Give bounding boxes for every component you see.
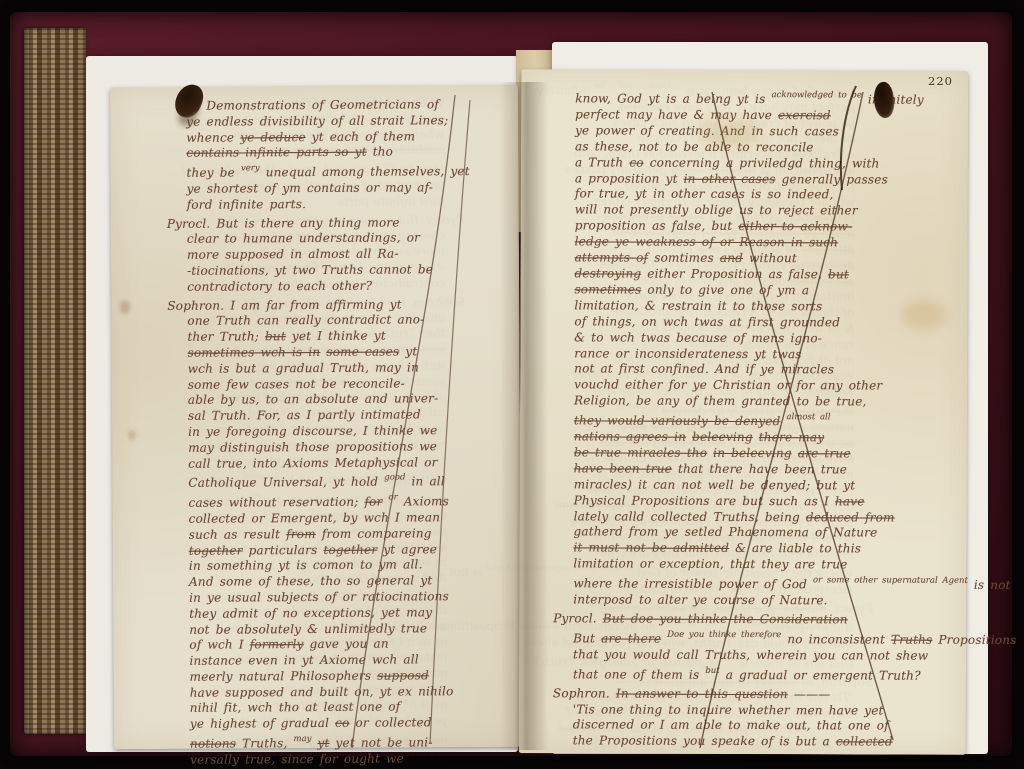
manuscript-line: miracles) it can not well be denyed; but…: [554, 477, 958, 494]
handwritten-text: vouchd either for ye Christian or for an…: [574, 378, 882, 393]
handwritten-text: clear to humane understandings, or: [187, 231, 420, 246]
manuscript-line: a Truth co concerning a priviledgd thing…: [555, 155, 959, 172]
handwritten-text: a gradual or emergent Truth?: [720, 668, 921, 683]
struck-text: have been true: [574, 461, 672, 475]
handwritten-text: generally passes: [776, 172, 888, 186]
handwritten-text: ye power of creating. And in such cases: [575, 123, 839, 138]
manuscript-line: Sophron. In answer to this question ———: [553, 686, 957, 703]
handwritten-text: from compareing: [316, 526, 432, 541]
handwritten-text: discerned or I am able to make out, that…: [573, 718, 889, 733]
handwritten-text: ye highest of gradual: [190, 716, 335, 731]
struck-text: deduced from: [806, 510, 895, 524]
struck-text: beleeving: [692, 430, 753, 444]
handwritten-text: able by us, to an absolute and univer-: [188, 392, 439, 408]
struck-text: some cases: [326, 344, 399, 358]
handwritten-text: interposd to alter ye course of Nature.: [573, 592, 827, 607]
inserted-text: or: [388, 493, 397, 503]
handwritten-text: where the irresistible power of God: [573, 577, 813, 592]
handwritten-text: rance or inconsiderateness yt twas: [574, 346, 802, 361]
manuscript-line: know, God yt is a being yt is acknowledg…: [555, 87, 959, 108]
handwritten-text: in something yt is comon to ym all.: [189, 558, 423, 573]
manuscript-line: Catholique Universal, yt hold good in al…: [168, 470, 508, 492]
manuscript-line: proposition as false, but either to ackn…: [555, 219, 959, 236]
handwritten-text: a proposition yt: [575, 171, 684, 185]
handwritten-text: not at first confined. And if ye miracle…: [574, 362, 834, 377]
manuscript-page-left: ye Demonstrations of Geometricians ofye …: [110, 85, 522, 749]
struck-text: in beleeving: [713, 446, 792, 460]
struck-text: it must not be admitted: [573, 541, 729, 556]
handwritten-text: Pyrocl.: [553, 611, 603, 625]
struck-text: But doe you thinke the Consideration: [603, 611, 848, 626]
struck-text: ledge ye weakness of or Reason in such: [575, 235, 839, 250]
handwritten-text: only to give one of ym a: [641, 282, 809, 297]
handwritten-text: Sophron. I am far from affirming yt: [167, 297, 402, 312]
inserted-text: but: [705, 666, 719, 676]
handwritten-text: yet I thinke yt: [286, 329, 386, 344]
manuscript-line: vouchd either for ye Christian or for an…: [554, 378, 958, 395]
handwritten-text: Truths,: [236, 736, 294, 750]
manuscript-line: attempts of somtimes and without: [555, 250, 959, 267]
handwritten-text: ye shortest of ym contains or may af-: [187, 180, 434, 196]
handwritten-text: whence: [186, 130, 240, 144]
manuscript-line: discerned or I am able to make out, that…: [553, 718, 957, 735]
page-edges-stack: [24, 28, 86, 734]
handwritten-text: [311, 736, 317, 750]
manuscript-page-right: know, God yt is a being yt is acknowledg…: [519, 69, 969, 755]
struck-text: exercisd: [778, 108, 831, 122]
manuscript-line: 'Tis one thing to inquire whether men ha…: [553, 702, 957, 719]
struck-text: destroying: [575, 266, 642, 280]
handwritten-text: yet not be uni-: [329, 735, 432, 750]
struck-text: are true: [798, 446, 851, 460]
handwritten-text: for true, yt in other cases is so indeed…: [575, 187, 834, 202]
handwritten-text: gatherd from ye setled Phaenomena of Nat…: [574, 525, 878, 540]
manuscript-line: they would variously be denyed almost al…: [554, 409, 958, 430]
handwritten-text: gave you an: [304, 637, 389, 652]
manuscript-line: Religion, be any of them granted to be t…: [554, 393, 958, 410]
handwritten-text: limitation, & restrain it to those sorts: [574, 298, 822, 313]
manuscript-line: for true, yt in other cases is so indeed…: [555, 187, 959, 204]
handwritten-text: cases without reservation;: [188, 495, 364, 510]
struck-text: attempts of: [575, 250, 649, 264]
handwritten-text: have supposed and built on, yt ex nihilo: [190, 684, 454, 700]
struck-text: in other cases: [684, 171, 776, 185]
handwritten-text: yt: [399, 344, 417, 358]
struck-text: and: [720, 251, 743, 265]
handwritten-text: & to wch twas because of mens igno-: [574, 330, 822, 345]
struck-text: for: [364, 495, 382, 509]
handwritten-text: But: [573, 631, 601, 645]
handwritten-text: Religion, be any of them granted to be t…: [574, 394, 867, 409]
manuscript-line: have been true that there have been true: [554, 461, 958, 478]
handwritten-text: not be absolutely & unlimitedly true: [189, 621, 427, 636]
handwritten-text: that you would call Truths, wherein you …: [573, 647, 928, 662]
handwritten-text: in all: [405, 475, 445, 489]
struck-text: from: [286, 527, 316, 541]
manuscript-line: cases without reservation; for or Axioms: [168, 490, 508, 512]
manuscript-line: versally true, since for ought we: [170, 751, 510, 769]
handwritten-text: miracles) it can not well be denyed; but…: [574, 477, 856, 492]
struck-text: notions: [190, 737, 236, 751]
handwritten-text: some few cases not be reconcile-: [188, 376, 405, 391]
handwritten-text: perfect may have & may have: [575, 107, 778, 122]
inserted-text: Doe you thinke therefore: [667, 630, 781, 640]
handwritten-text: ———: [788, 687, 831, 701]
struck-text: they would variously be denyed: [574, 413, 781, 428]
manuscript-line: perfect may have & may have exercisd: [555, 107, 959, 124]
struck-text: Truths: [891, 632, 932, 646]
handwritten-text: the Propositions you speake of is but a: [573, 734, 836, 749]
handwritten-text: one Truth can really contradict ano-: [187, 313, 424, 328]
handwritten-text: that one of them is: [573, 667, 705, 682]
manuscript-line: sometimes only to give one of ym a: [554, 282, 958, 299]
handwritten-text: ye Demonstrations of Geometricians of: [186, 97, 439, 113]
handwritten-text: that there have been true: [672, 462, 847, 477]
handwritten-text: -tiocinations, yt two Truths cannot be: [187, 262, 433, 278]
handwritten-text: will not presently oblige us to reject e…: [575, 203, 858, 218]
handwritten-text: call true, into Axioms Metaphysical or: [188, 455, 437, 471]
manuscript-line: will not presently oblige us to reject e…: [555, 203, 959, 220]
manuscript-line: as these, not to be able to reconcile: [555, 139, 959, 156]
struck-text: contains infinite parts so yt: [186, 145, 366, 160]
handwritten-text: Axioms: [398, 494, 449, 508]
handwritten-text: limitation or exception, that they are t…: [573, 557, 847, 572]
handwritten-text: somtimes: [648, 251, 720, 265]
handwritten-text: or collected: [349, 716, 431, 731]
struck-text: co: [629, 155, 643, 169]
handwritten-text: such as result: [189, 527, 287, 542]
handwritten-text: ford infinite parts.: [187, 197, 307, 212]
handwritten-text: nihil fit, wch tho at least one of: [190, 700, 401, 715]
manuscript-line: Physical Propositions are but such as I …: [554, 493, 958, 510]
handwritten-text: of things, on wch twas at first grounded: [574, 314, 840, 329]
right-page-text: know, God yt is a being yt is acknowledg…: [553, 87, 960, 751]
handwritten-text: Sophron.: [553, 686, 616, 700]
handwritten-text: in ye foregoing discourse, I thinke we: [188, 423, 437, 439]
struck-text: ye deduce: [240, 130, 306, 144]
manuscript-line: that one of them is but a gradual or eme…: [553, 663, 957, 684]
handwritten-text: [320, 345, 326, 359]
handwritten-text: Pyrocl. But is there any thing more: [167, 215, 400, 230]
handwritten-text: as these, not to be able to reconcile: [575, 139, 814, 154]
struck-text: but: [265, 329, 286, 343]
struck-text: yt: [317, 736, 329, 750]
handwritten-text: meerly natural Philosophers: [190, 669, 378, 684]
struck-text: are there: [601, 631, 661, 645]
handwritten-text: Propositions: [932, 633, 1016, 647]
handwritten-text: yt agree: [377, 542, 437, 556]
struck-text: be true miracles tho: [574, 445, 707, 460]
manuscript-line: the Propositions you speake of is but a …: [553, 734, 957, 751]
inserted-text: or some other supernatural Agent: [813, 575, 968, 586]
manuscript-line: destroying either Proposition as false, …: [554, 266, 958, 283]
handwritten-text: without: [743, 251, 797, 265]
handwritten-text: And some of these, tho so general yt: [189, 573, 432, 588]
handwritten-text: they admit of no exceptions, yet may: [189, 605, 432, 620]
struck-text: formerly: [250, 637, 304, 651]
handwritten-text: 'Tis one thing to inquire whether men ha…: [573, 702, 884, 717]
inserted-text: almost all: [787, 412, 831, 422]
struck-text: co: [335, 716, 349, 730]
handwritten-text: more supposed in almost all Ra-: [187, 247, 399, 262]
manuscript-line: & to wch twas because of mens igno-: [554, 330, 958, 347]
handwritten-text: particulars: [243, 542, 324, 556]
manuscript-line: notions Truths, may yt yet not be uni-: [170, 731, 510, 753]
manuscript-line: limitation or exception, that they are t…: [553, 557, 957, 574]
handwritten-text: lately calld collected Truths, being: [574, 509, 806, 524]
manuscript-line: they be very unequal among themselves, y…: [166, 160, 506, 182]
manuscript-line: of things, on wch twas at first grounded: [554, 314, 958, 331]
struck-text: but: [828, 267, 849, 281]
struck-text: either to acknow-: [738, 219, 852, 233]
photograph-black-backdrop: { "meta": { "description": "Photograph o…: [0, 0, 1024, 769]
struck-text: sometimes: [574, 282, 641, 296]
handwritten-text: Physical Propositions are but such as I: [574, 493, 835, 508]
manuscript-line: be true miracles tho in beleeving are tr…: [554, 445, 958, 462]
handwritten-text: either Proposition as false,: [641, 267, 828, 282]
handwritten-text: in ye usual subjects of or ratiocination…: [189, 589, 449, 605]
handwritten-text: Catholique Universal, yt hold: [188, 475, 384, 490]
manuscript-line: But are there Doe you thinke therefore n…: [553, 627, 957, 648]
inserted-text: good: [384, 473, 405, 483]
handwritten-text: ther Truth;: [187, 329, 265, 343]
manuscript-line: ford infinite parts.: [167, 196, 507, 214]
manuscript-line: limitation, & restrain it to those sorts: [554, 298, 958, 315]
struck-text: have: [835, 494, 865, 508]
handwritten-text: versally true, since for ought we: [190, 751, 404, 766]
struck-text: collected: [836, 735, 893, 749]
handwritten-text: & are liable to this: [729, 541, 861, 556]
handwritten-text: they be: [186, 166, 241, 180]
struck-text: sometimes wch is in: [188, 345, 321, 360]
handwritten-text: is not: [968, 578, 1011, 592]
handwritten-text: may distinguish those propositions we: [188, 439, 437, 455]
manuscript-line: interposd to alter ye course of Nature.: [553, 592, 957, 609]
handwritten-text: concerning a priviledgd thing, with: [644, 155, 880, 170]
manuscript-line: ye power of creating. And in such cases: [555, 123, 959, 140]
handwritten-text: ye endless divisibility of all strait Li…: [186, 113, 448, 129]
handwritten-text: sal Truth. For, as I partly intimated: [188, 408, 421, 423]
handwritten-text: proposition as false, but: [575, 219, 739, 234]
inserted-text: may: [293, 734, 311, 744]
manuscript-line: that you would call Truths, wherein you …: [553, 647, 957, 664]
handwritten-text: wch is but a gradual Truth, may in: [188, 360, 419, 375]
manuscript-line: a proposition yt in other cases generall…: [555, 171, 959, 188]
handwritten-text: know, God yt is a being yt is: [575, 91, 771, 106]
manuscript-line: ledge ye weakness of or Reason in such: [555, 234, 959, 251]
inserted-text: very: [241, 164, 260, 174]
handwritten-text: instance even in yt Axiome wch all: [189, 652, 418, 667]
handwritten-text: collected or Emergent, by wch I mean: [189, 510, 441, 526]
inserted-text: acknowledged to be: [771, 90, 861, 100]
struck-text: nations agrees in: [574, 429, 686, 443]
handwritten-text: of wch I: [189, 638, 249, 652]
manuscript-line: not at first confined. And if ye miracle…: [554, 362, 958, 379]
page-number: 220: [928, 74, 953, 88]
struck-text: together: [189, 543, 243, 557]
manuscript-line: lately calld collected Truths, being ded…: [554, 509, 958, 526]
manuscript-line: Pyrocl. But doe you thinke the Considera…: [553, 611, 957, 628]
handwritten-text: unequal among themselves, yet: [260, 164, 470, 179]
struck-text: In answer to this question: [616, 686, 788, 701]
handwritten-text: tho: [367, 145, 393, 159]
handwritten-text: yt each of them: [306, 129, 416, 144]
struck-text: there may: [759, 430, 824, 444]
struck-text: together: [323, 542, 377, 556]
manuscript-line: nations agrees in beleeving there may: [554, 429, 958, 446]
handwritten-text: contradictory to each other?: [187, 278, 372, 293]
manuscript-line: rance or inconsiderateness yt twas: [554, 346, 958, 363]
manuscript-line: it must not be admitted & are liable to …: [553, 541, 957, 558]
struck-text: supposd: [377, 668, 429, 682]
manuscript-line: contradictory to each other?: [167, 278, 507, 296]
left-page-text: ye Demonstrations of Geometricians ofye …: [166, 97, 510, 769]
manuscript-line: where the irresistible power of God or s…: [553, 572, 957, 593]
handwritten-text: a Truth: [575, 155, 629, 169]
handwritten-text: no inconsistent: [781, 632, 891, 646]
